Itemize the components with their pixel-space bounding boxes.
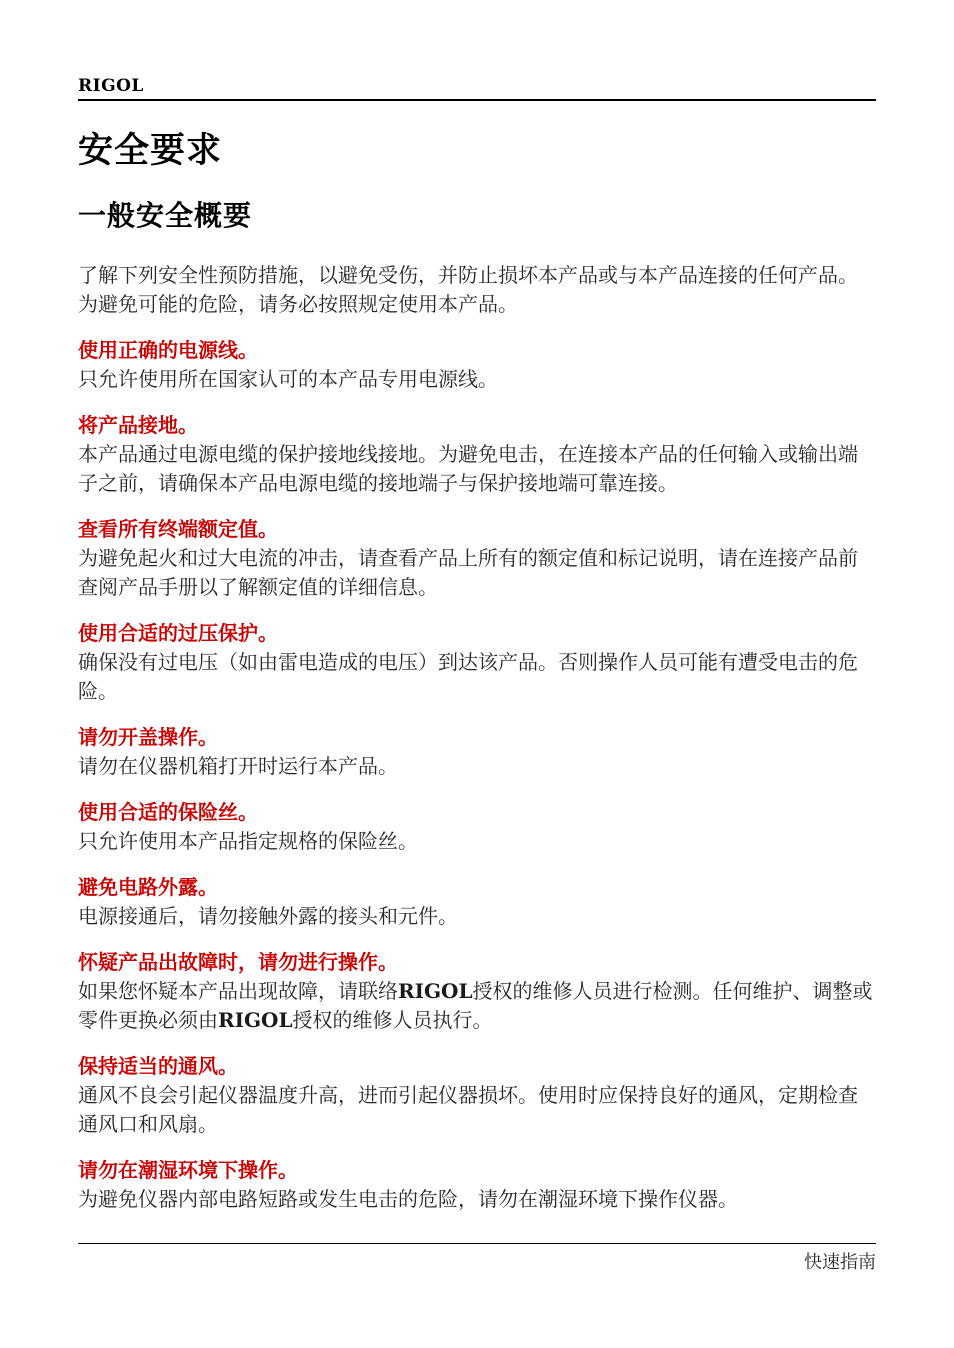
safety-item-exposed-circuit: 避免电路外露。 电源接通后，请勿接触外露的接头和元件。	[78, 873, 876, 931]
rigol-brand-inline: RIGOL	[398, 979, 473, 1003]
safety-item-suspected-failure: 怀疑产品出故障时，请勿进行操作。 如果您怀疑本产品出现故障，请联络RIGOL授权…	[78, 948, 876, 1035]
safety-heading: 将产品接地。	[78, 411, 876, 440]
rigol-brand-logo: RIGOL	[78, 76, 144, 96]
safety-item-ventilation: 保持适当的通风。 通风不良会引起仪器温度升高，进而引起仪器损坏。使用时应保持良好…	[78, 1052, 876, 1139]
safety-heading: 使用合适的过压保护。	[78, 619, 876, 648]
safety-heading: 请勿在潮湿环境下操作。	[78, 1156, 876, 1185]
safety-item-power-cord: 使用正确的电源线。 只允许使用所在国家认可的本产品专用电源线。	[78, 336, 876, 394]
safety-body: 本产品通过电源电缆的保护接地线接地。为避免电击，在连接本产品的任何输入或输出端子…	[78, 440, 876, 498]
page-title: 安全要求	[78, 131, 876, 171]
safety-item-fuse: 使用合适的保险丝。 只允许使用本产品指定规格的保险丝。	[78, 798, 876, 856]
document-page: RIGOL 安全要求 一般安全概要 了解下列安全性预防措施，以避免受伤，并防止损…	[0, 0, 954, 1348]
body-text-part: 如果您怀疑本产品出现故障，请联络	[78, 979, 398, 1003]
safety-body: 请勿在仪器机箱打开时运行本产品。	[78, 752, 876, 781]
safety-heading: 怀疑产品出故障时，请勿进行操作。	[78, 948, 876, 977]
safety-body: 为避免仪器内部电路短路或发生电击的危险，请勿在潮湿环境下操作仪器。	[78, 1185, 876, 1214]
safety-heading: 请勿开盖操作。	[78, 723, 876, 752]
safety-heading: 避免电路外露。	[78, 873, 876, 902]
body-text-part: 授权的维修人员执行。	[293, 1008, 493, 1032]
safety-body: 确保没有过电压（如由雷电造成的电压）到达该产品。否则操作人员可能有遭受电击的危险…	[78, 648, 876, 706]
footer-label: 快速指南	[804, 1252, 876, 1273]
safety-item-terminal-ratings: 查看所有终端额定值。 为避免起火和过大电流的冲击，请查看产品上所有的额定值和标记…	[78, 515, 876, 602]
intro-paragraph: 了解下列安全性预防措施，以避免受伤，并防止损坏本产品或与本产品连接的任何产品。为…	[78, 261, 876, 319]
safety-body: 为避免起火和过大电流的冲击，请查看产品上所有的额定值和标记说明，请在连接产品前查…	[78, 544, 876, 602]
safety-heading: 查看所有终端额定值。	[78, 515, 876, 544]
safety-body: 电源接通后，请勿接触外露的接头和元件。	[78, 902, 876, 931]
safety-item-damp-environment: 请勿在潮湿环境下操作。 为避免仪器内部电路短路或发生电击的危险，请勿在潮湿环境下…	[78, 1156, 876, 1214]
rigol-brand-inline: RIGOL	[218, 1008, 293, 1032]
safety-item-grounding: 将产品接地。 本产品通过电源电缆的保护接地线接地。为避免电击，在连接本产品的任何…	[78, 411, 876, 498]
safety-item-overvoltage: 使用合适的过压保护。 确保没有过电压（如由雷电造成的电压）到达该产品。否则操作人…	[78, 619, 876, 706]
safety-body: 只允许使用本产品指定规格的保险丝。	[78, 827, 876, 856]
page-footer: 快速指南	[78, 1243, 876, 1274]
safety-heading: 保持适当的通风。	[78, 1052, 876, 1081]
safety-body: 只允许使用所在国家认可的本产品专用电源线。	[78, 365, 876, 394]
safety-body: 通风不良会引起仪器温度升高，进而引起仪器损坏。使用时应保持良好的通风，定期检查通…	[78, 1081, 876, 1139]
safety-body: 如果您怀疑本产品出现故障，请联络RIGOL授权的维修人员进行检测。任何维护、调整…	[78, 977, 876, 1035]
page-header: RIGOL	[78, 0, 876, 101]
safety-heading: 使用合适的保险丝。	[78, 798, 876, 827]
safety-item-no-cover: 请勿开盖操作。 请勿在仪器机箱打开时运行本产品。	[78, 723, 876, 781]
section-subtitle: 一般安全概要	[78, 200, 876, 232]
safety-heading: 使用正确的电源线。	[78, 336, 876, 365]
